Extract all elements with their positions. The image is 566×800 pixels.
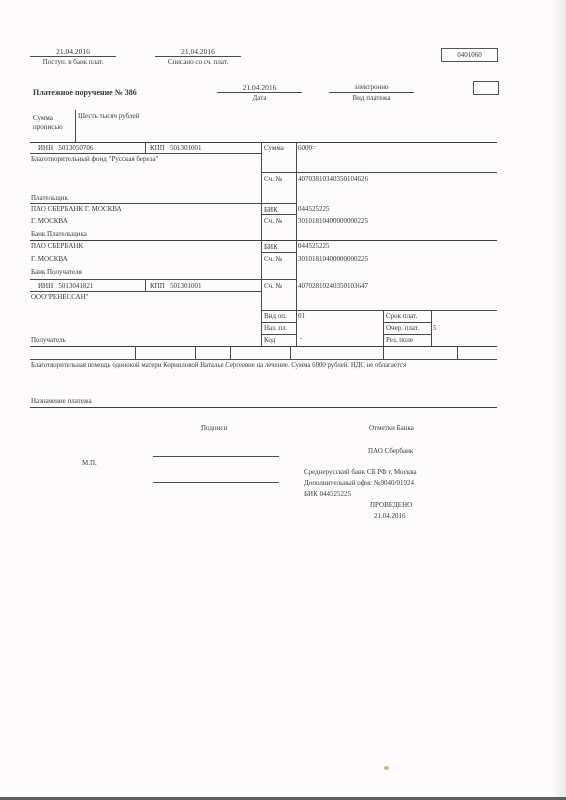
payee-bank-account-label: Сч. №: [264, 255, 282, 264]
payee-account-label: Сч. №: [264, 282, 282, 291]
stamp-label: М.П.: [82, 459, 97, 468]
payer-bank-bottom-line: [30, 240, 497, 241]
order-date-line: [217, 92, 302, 93]
payer-bank-role-label: Банк Плательщика: [31, 230, 87, 239]
status-stamp: ПРОВЕДЕНО: [370, 501, 412, 510]
payer-bank-bik: 044525225: [298, 205, 330, 214]
payer-role-label: Плательщик: [31, 194, 68, 203]
bank-branch: Среднерусский банк СБ РФ г. Москва: [304, 468, 417, 477]
debited-date: 21.04.2016: [155, 47, 241, 56]
amount-words-label-1: Сумма: [33, 114, 53, 123]
payer-sum-label: Сумма: [264, 144, 284, 153]
form-code: 0401060: [457, 51, 482, 59]
payer-sum: 6000=: [298, 144, 316, 153]
status-code-box: [473, 81, 499, 95]
code-label: Код: [264, 336, 275, 345]
payer-inn: ИНН 5013050706: [38, 144, 93, 153]
signatures-label: Подписи: [201, 424, 227, 433]
code-value: -: [300, 334, 302, 343]
tax-cell-divider-4: [290, 346, 291, 359]
tax-cell-divider-3: [230, 346, 231, 359]
amount-words-divider: [75, 110, 76, 142]
bank-office: Дополнительный офис №9040/01924: [304, 479, 414, 488]
payee-account: 40702810240350103647: [298, 282, 368, 291]
payee-bank-bottom-line: [30, 279, 296, 280]
payer-account: 40703810340350104626: [298, 175, 368, 184]
order-date-label: Дата: [217, 94, 302, 103]
payer-kpp-divider: [145, 142, 146, 153]
tax-cell-divider-1: [135, 346, 136, 359]
form-code-box: 0401060: [441, 48, 498, 62]
received-label: Поступ. в банк плат.: [30, 58, 116, 67]
code-values-divider: [431, 310, 432, 346]
purpose-code-label: Наз. пл.: [264, 324, 287, 333]
due-label: Срок плат.: [386, 312, 417, 321]
purpose-label: Назначение платежа: [31, 397, 92, 406]
bank-name: ПАО Сбербанк: [368, 447, 413, 456]
bank-bik: БИК 044525225: [304, 490, 351, 499]
payee-bank-bik: 044525225: [298, 242, 330, 251]
payer-bank-name: ПАО СБЕРБАНК Г. МОСКВА: [31, 205, 122, 214]
payee-bank-bik-label: БИК: [264, 243, 278, 252]
amount-words-label-2: прописью: [33, 123, 63, 132]
codes-top-line: [261, 310, 497, 311]
reserve-label: Рез. поле: [386, 336, 413, 345]
payee-role-label: Получатель: [31, 336, 66, 345]
tax-row-bottom-line: [30, 359, 497, 360]
tax-row-top-line: [30, 346, 497, 347]
payer-bank-account-label: Сч. №: [264, 217, 282, 226]
payee-bank-bik-line: [261, 252, 296, 253]
payee-bank-account: 30101810400000000225: [298, 255, 368, 264]
payer-kpp: КПП 501301001: [150, 144, 202, 153]
table-top-line: [30, 142, 497, 143]
order-date: 21.04.2016: [217, 83, 302, 92]
payee-name: ООО"РЕНЕССАН": [31, 293, 88, 302]
priority-value: 5: [433, 324, 437, 333]
payee-kpp: КПП 501301001: [150, 282, 202, 291]
purpose-bottom-line: [30, 407, 497, 408]
status-date: 21.04.2016: [374, 512, 406, 521]
due-line: [383, 322, 431, 323]
received-date-line: [30, 56, 116, 57]
tax-cell-divider-5: [457, 346, 458, 359]
signature-line-2: [153, 482, 279, 483]
payee-bank-role-label: Банк Получателя: [31, 268, 82, 277]
page-title: Платежное поручение № 386: [33, 88, 137, 97]
payee-inn: ИНН 5013041821: [38, 282, 93, 291]
payee-bank-name: ПАО СБЕРБАНК: [31, 242, 83, 251]
bank-marks-label: Отметки Банка: [369, 424, 414, 433]
signature-line-1: [153, 456, 279, 457]
payer-inn-row-line: [30, 153, 261, 154]
payer-bank-city: Г. МОСКВА: [31, 217, 68, 226]
payee-bank-city: Г. МОСКВА: [31, 255, 68, 264]
payer-account-label: Сч. №: [264, 175, 282, 184]
payee-kpp-divider: [145, 279, 146, 291]
payment-type: электронно: [329, 83, 414, 92]
priority-line: [383, 334, 431, 335]
payer-bottom-line: [30, 203, 296, 204]
priority-label: Очер. плат.: [386, 324, 419, 333]
payee-inn-row-line: [30, 291, 261, 292]
tax-cell-divider-2: [195, 346, 196, 359]
received-date: 21.04.2016: [30, 47, 116, 56]
payer-bank-bik-line: [261, 214, 296, 215]
amount-words-value: Шесть тысяч рублей: [78, 112, 139, 121]
payer-bank-account: 30101810400000000225: [298, 217, 368, 226]
debited-date-line: [155, 56, 241, 57]
op-type: 01: [298, 312, 305, 321]
scan-speck: [384, 766, 389, 770]
payment-type-label: Вид платежа: [329, 94, 414, 103]
payer-account-line: [261, 172, 497, 173]
op-type-line: [261, 322, 296, 323]
payer-name: Благотворительный фонд "Русская береза": [31, 155, 158, 164]
purpose-text: Благотворительная помощь одинокой матери…: [31, 361, 406, 370]
purpose-code-line: [261, 334, 296, 335]
payment-type-line: [329, 92, 414, 93]
debited-label: Списано со сч. плат.: [155, 58, 241, 67]
op-type-label: Вид оп.: [264, 312, 287, 321]
scan-edge-shadow: [552, 0, 566, 800]
